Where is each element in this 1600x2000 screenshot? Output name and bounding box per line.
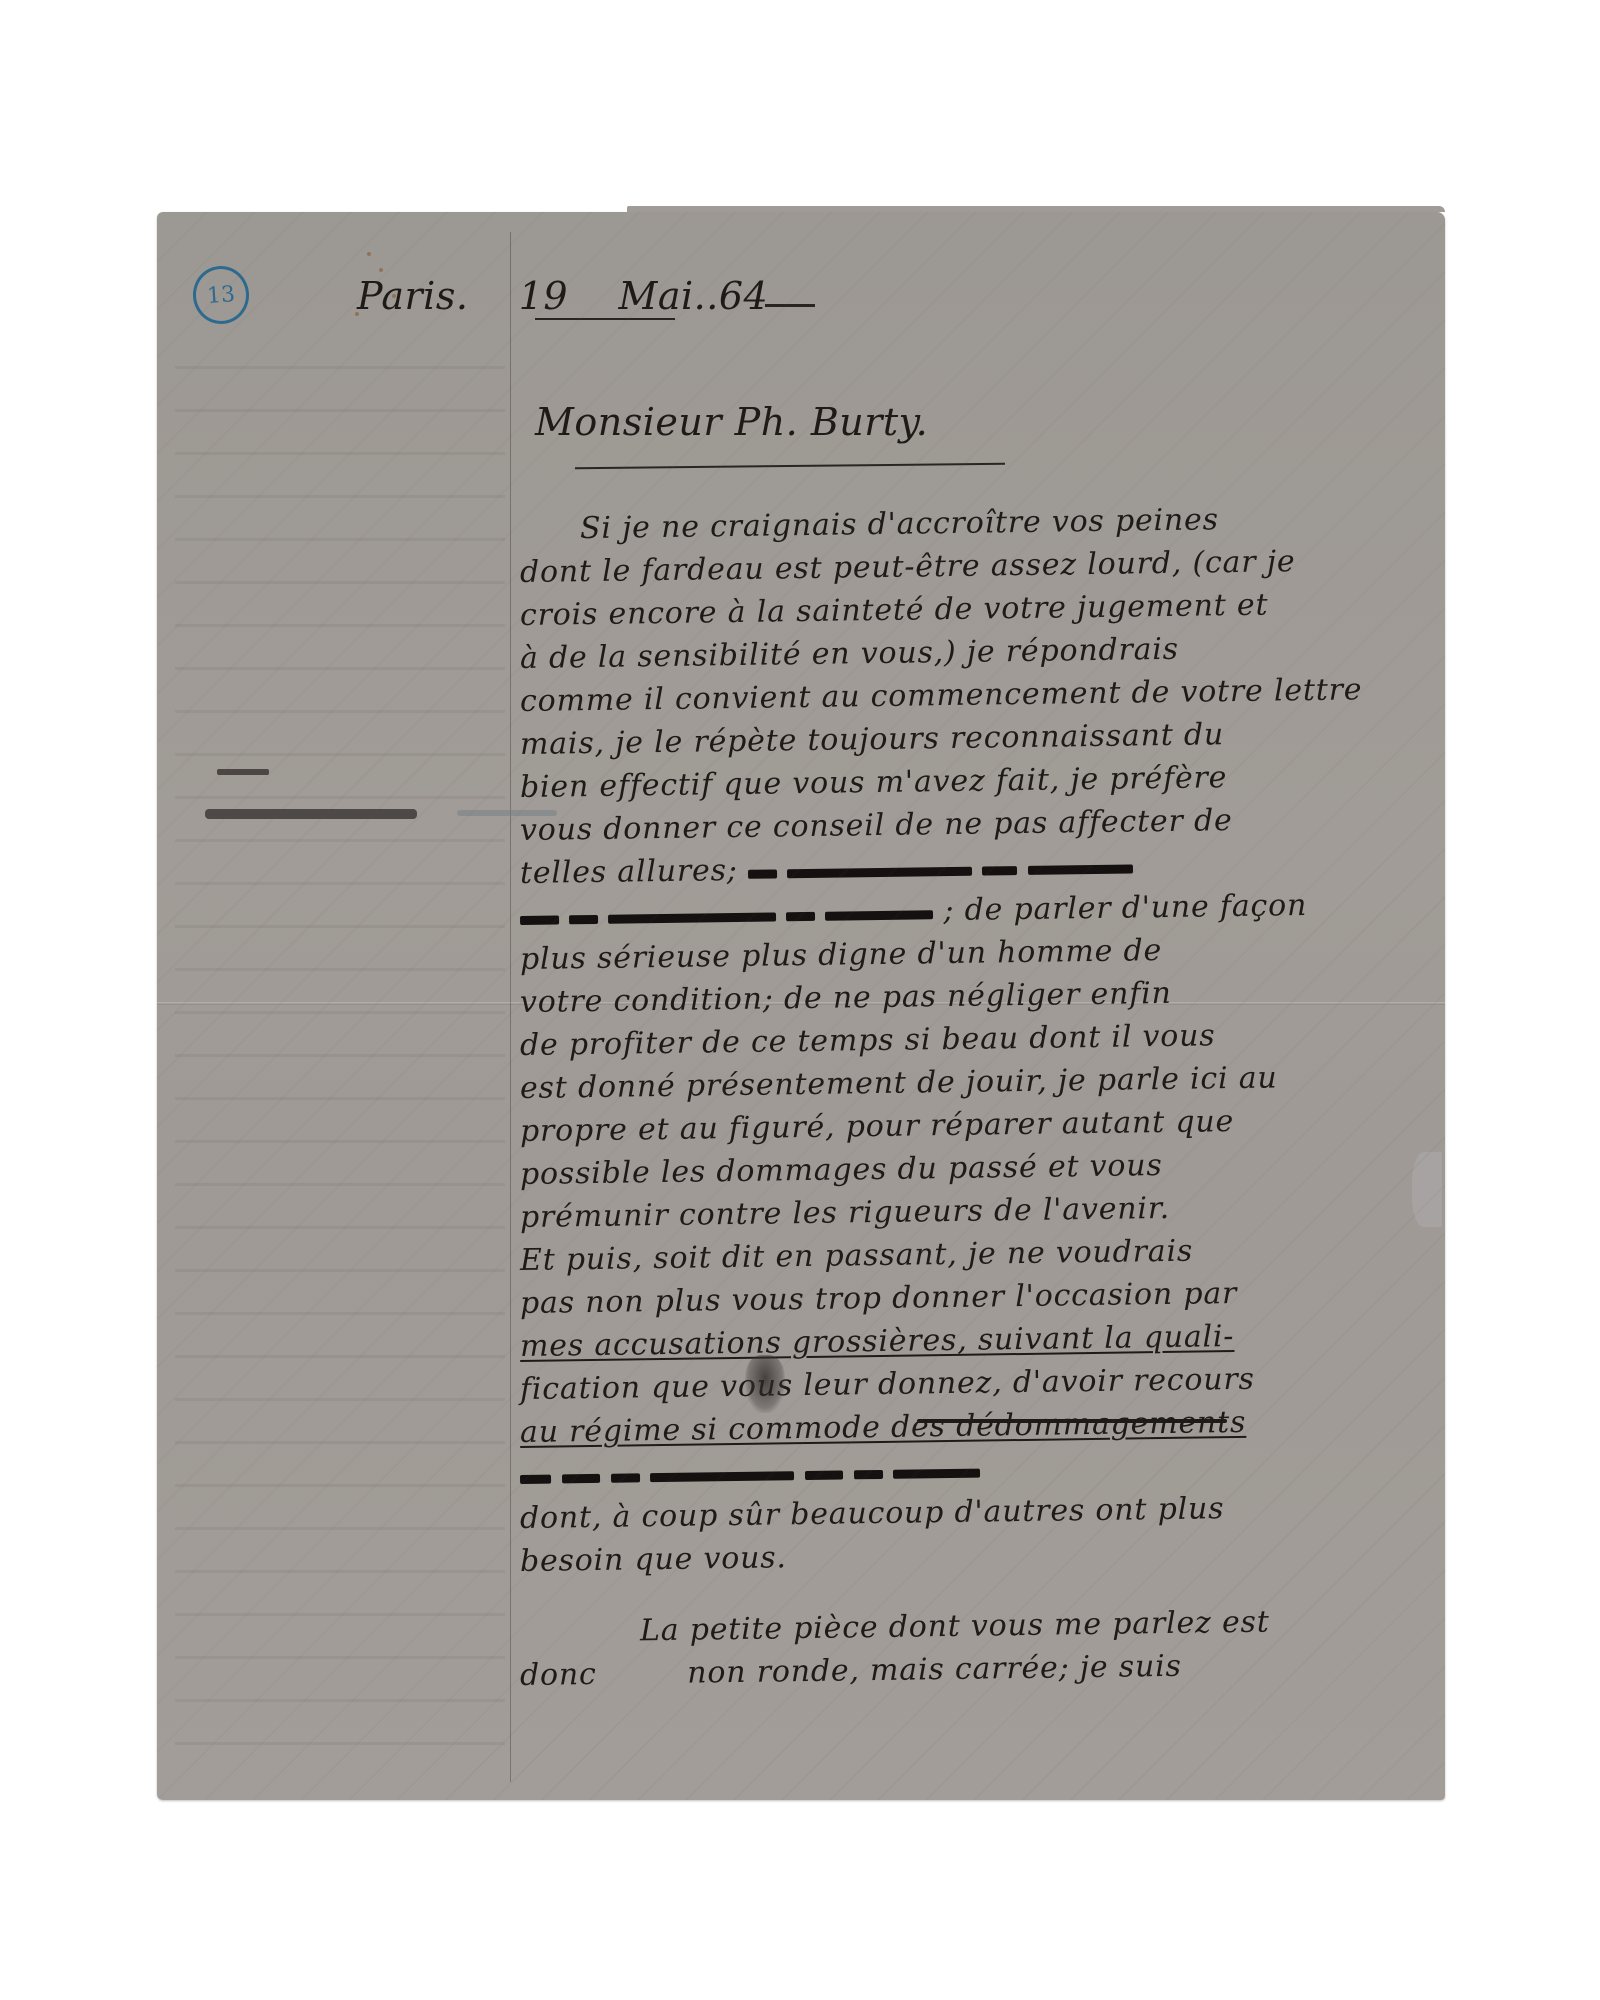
bleed-through-text [175,332,505,1752]
date-line: Paris. 19 Mai..64 [357,274,768,318]
greeting-underline [575,463,1005,470]
paper-top-edge [627,206,1445,212]
date-month: Mai [618,274,693,318]
body-line-text: ; de parler d'une façon [943,888,1307,928]
date-underline [535,318,675,320]
closing-line-2-text: non ronde, mais carrée; je suis [687,1649,1182,1691]
page-number-mark: 13 [191,264,251,326]
closing-rule-line [917,1419,1227,1423]
date-day: 19 [519,274,568,318]
struck-word: pédantisme [787,846,972,892]
struck-word: la [853,1449,883,1492]
struck-word: de [520,894,559,938]
struck-word: de [561,1453,600,1497]
date-dash [765,304,815,307]
margin-ink-mark [217,769,269,775]
foxing-spot [379,268,383,272]
margin-ink-mark [205,809,417,819]
greeting: Monsieur Ph. Burty. [535,400,928,444]
page-number-text: 13 [206,282,236,309]
date-place: Paris. [357,274,468,318]
foxing-spot [367,252,371,256]
letter-body: Si je ne craignais d'accroître vos peine… [520,508,1440,1697]
struck-word: fierté [893,1448,981,1492]
margin-rule-line [510,232,511,1782]
ink-blot [745,1355,785,1413]
body-line-text: telles allures; [520,853,738,891]
struck-word: et [520,1454,552,1497]
struck-word: petitesse [650,1450,795,1495]
date-year: ..64 [694,274,769,318]
struck-word: la [569,894,599,937]
letter-paper: 13 Paris. 19 Mai..64 Monsieur Ph. Burty.… [157,212,1445,1800]
struck-word: le [786,891,816,934]
struck-word: fatuité [1027,843,1133,887]
struck-word: factice [825,889,933,933]
struck-word: la [610,1452,640,1495]
struck-word: prétention [608,891,776,936]
struck-word: de [804,1449,843,1493]
brace-word: donc [520,1657,597,1693]
struck-word: le [748,848,778,891]
struck-word: pr [982,845,1018,888]
